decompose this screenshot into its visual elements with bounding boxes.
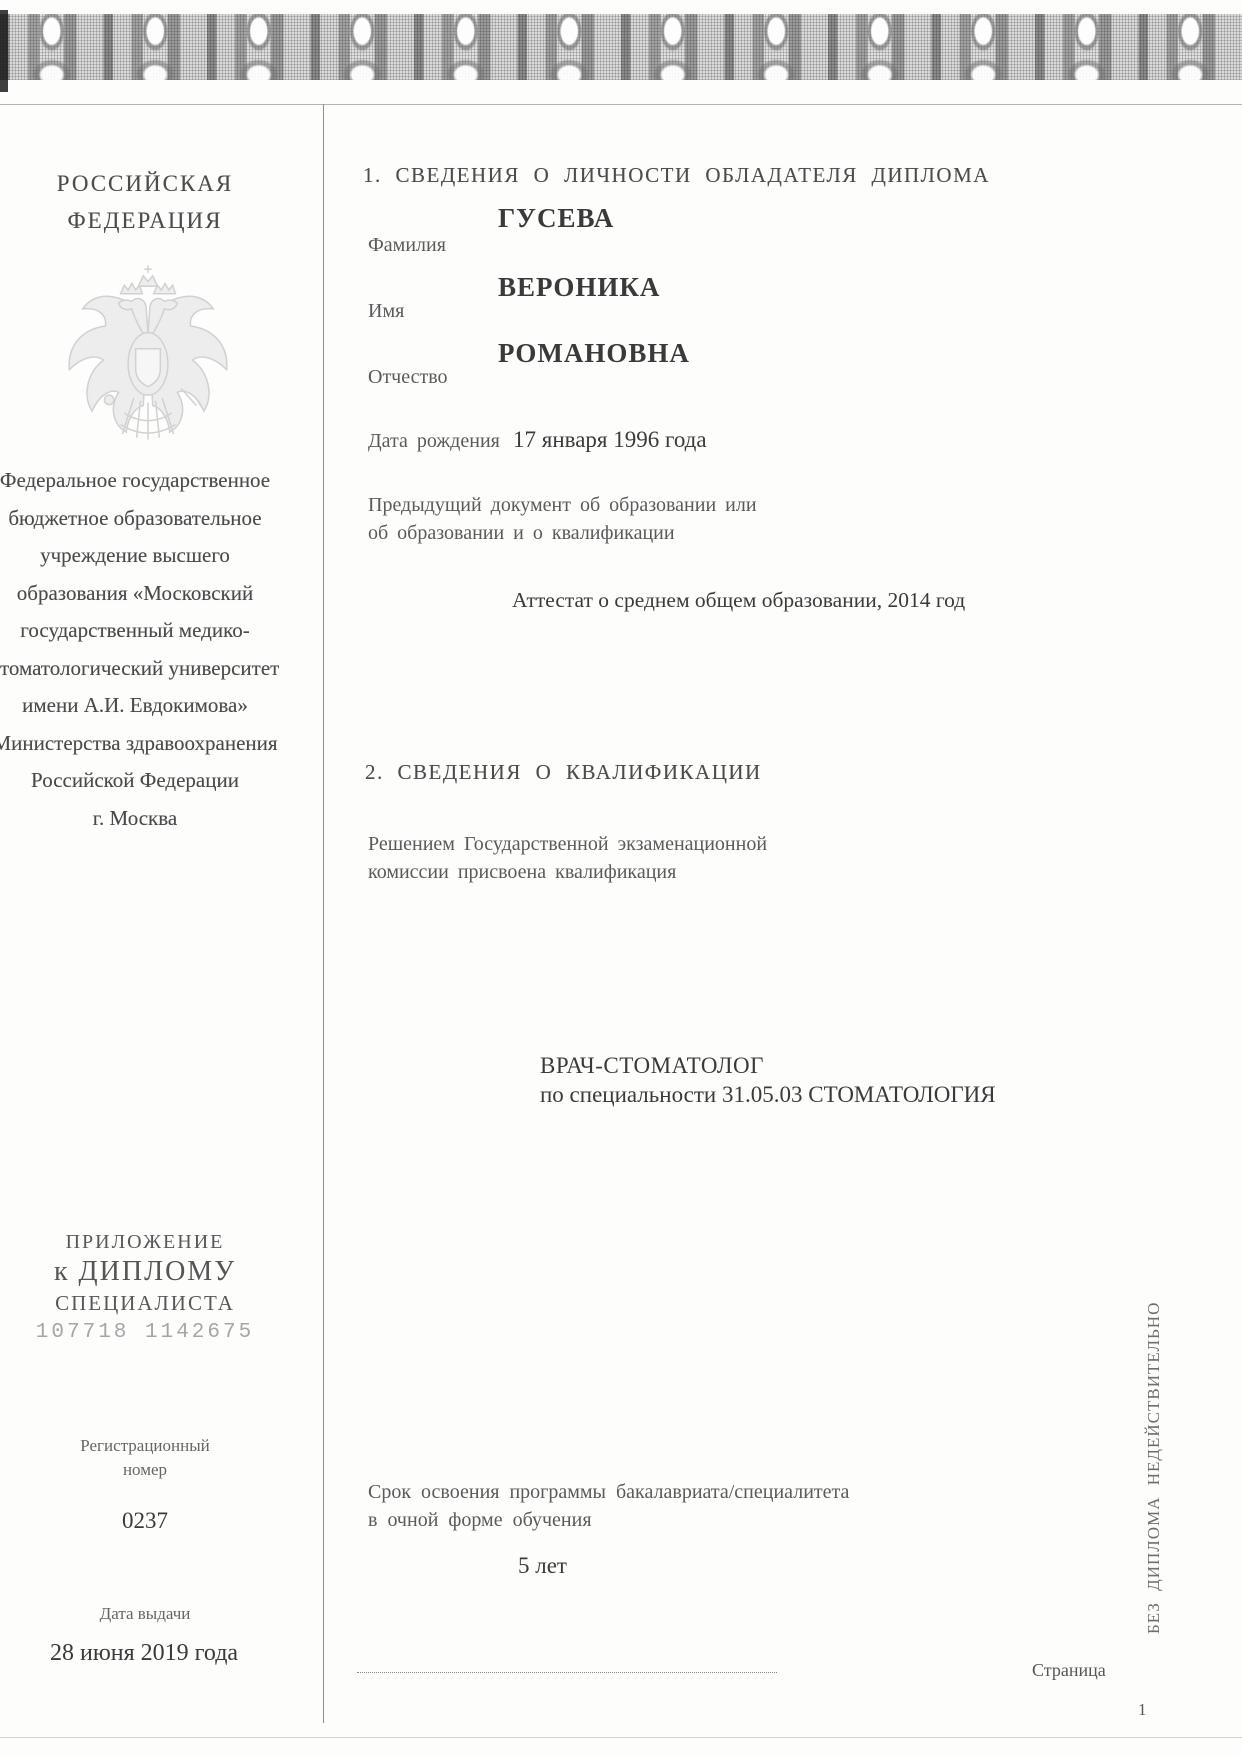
institution-line: государственный медико- xyxy=(0,612,310,650)
registration-number-label: Регистрационный номер xyxy=(25,1434,265,1482)
coat-of-arms-eagle-icon xyxy=(58,255,238,450)
previous-document-value: Аттестат о среднем общем образовании, 20… xyxy=(512,588,965,613)
institution-line: имени А.И. Евдокимова» xyxy=(0,687,310,725)
institution-line: бюджетное образовательное xyxy=(0,500,310,538)
top-rule xyxy=(0,104,1242,105)
country-name: РОССИЙСКАЯ ФЕДЕРАЦИЯ xyxy=(25,165,265,239)
supplement-title-line1: ПРИЛОЖЕНИЕ xyxy=(5,1231,285,1254)
page-number: 1 xyxy=(1138,1700,1147,1720)
supplement-title-line3: СПЕЦИАЛИСТА xyxy=(5,1291,285,1316)
surname-label: Фамилия xyxy=(368,234,446,257)
institution-line: стоматологический университет xyxy=(0,650,310,688)
patronymic-label: Отчество xyxy=(368,366,448,389)
supplement-title-line2: к ДИПЛОМУ xyxy=(5,1256,285,1288)
security-inscription-vertical: БЕЗ ДИПЛОМА НЕДЕЙСТВИТЕЛЬНО xyxy=(1144,1332,1164,1634)
institution-line: г. Москва xyxy=(0,800,310,838)
bottom-rule xyxy=(0,1737,1242,1738)
qualification-value: ВРАЧ-СТОМАТОЛОГ xyxy=(540,1053,764,1079)
previous-document-label-line1: Предыдущий документ об образовании или xyxy=(368,494,757,517)
institution-line: Российской Федерации xyxy=(0,762,310,800)
name-value: ВЕРОНИКА xyxy=(498,272,660,303)
column-divider xyxy=(323,104,324,1723)
country-line1: РОССИЙСКАЯ xyxy=(25,165,265,202)
signature-dotted-line xyxy=(357,1672,777,1673)
patronymic-value: РОМАНОВНА xyxy=(498,338,690,369)
scan-edge-mark xyxy=(0,10,8,92)
specialty-value: по специальности 31.05.03 СТОМАТОЛОГИЯ xyxy=(540,1082,996,1108)
birth-date-value: 17 января 1996 года xyxy=(513,427,707,453)
supplement-title: ПРИЛОЖЕНИЕ к ДИПЛОМУ СПЕЦИАЛИСТА 107718 … xyxy=(5,1231,285,1344)
institution-line: Министерства здравоохранения xyxy=(0,725,310,763)
form-serial-number: 107718 1142675 xyxy=(5,1321,285,1344)
institution-line: учреждение высшего xyxy=(0,537,310,575)
qualification-decision-line1: Решением Государственной экзаменационной xyxy=(368,833,767,856)
name-label: Имя xyxy=(368,300,404,323)
page-label: Страница xyxy=(1032,1660,1106,1681)
country-line2: ФЕДЕРАЦИЯ xyxy=(25,202,265,239)
institution-line: образования «Московский xyxy=(0,575,310,613)
institution-name: Федеральное государственное бюджетное об… xyxy=(0,462,310,837)
birth-date-label: Дата рождения xyxy=(368,430,500,453)
guilloche-border xyxy=(0,14,1242,80)
surname-value: ГУСЕВА xyxy=(498,203,614,234)
registration-number-value: 0237 xyxy=(25,1508,265,1534)
section1-title: 1. СВЕДЕНИЯ О ЛИЧНОСТИ ОБЛАДАТЕЛЯ ДИПЛОМ… xyxy=(363,163,990,188)
registration-label-line1: Регистрационный xyxy=(25,1434,265,1458)
issue-date-label: Дата выдачи xyxy=(25,1602,265,1626)
issue-date-value: 28 июня 2019 года xyxy=(50,1640,238,1667)
diploma-supplement-page: РОССИЙСКАЯ ФЕДЕРАЦИЯ xyxy=(0,0,1242,1755)
duration-value: 5 лет xyxy=(518,1553,567,1579)
duration-label-line2: в очной форме обучения xyxy=(368,1509,592,1532)
qualification-decision-line2: комиссии присвоена квалификация xyxy=(368,861,676,884)
registration-label-line2: номер xyxy=(25,1458,265,1482)
duration-label-line1: Срок освоения программы бакалавриата/спе… xyxy=(368,1481,849,1504)
previous-document-label-line2: об образовании и о квалификации xyxy=(368,522,675,545)
section2-title: 2. СВЕДЕНИЯ О КВАЛИФИКАЦИИ xyxy=(365,760,762,785)
institution-line: Федеральное государственное xyxy=(0,462,310,500)
